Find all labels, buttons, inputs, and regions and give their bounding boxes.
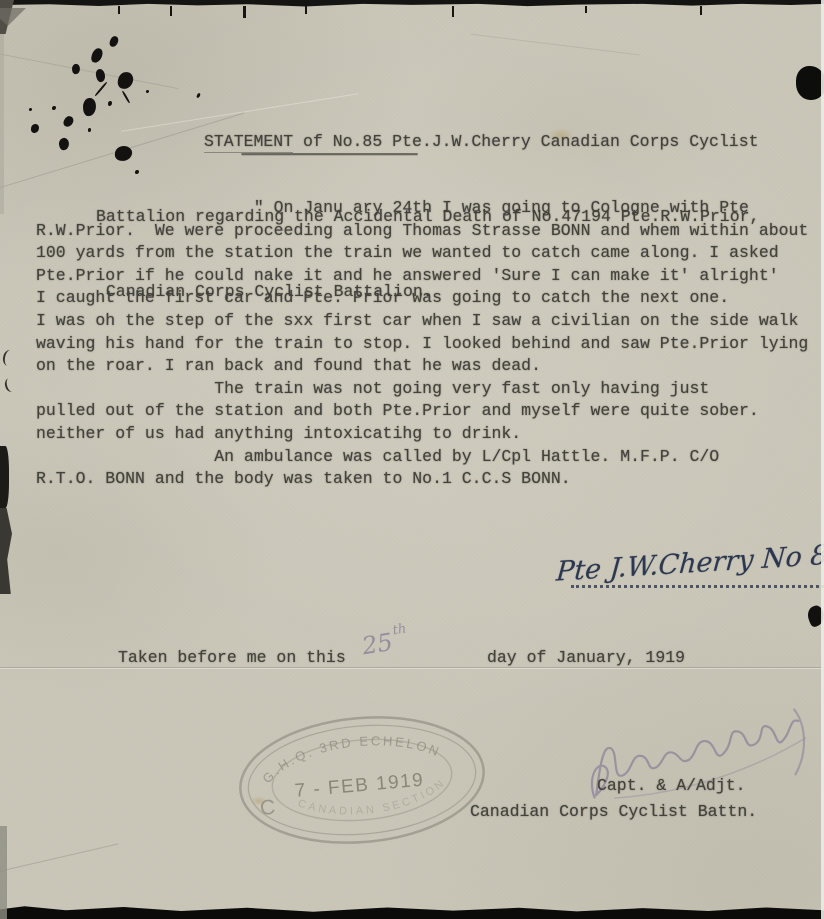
officer-unit: Canadian Corps Cyclist Battn. (470, 802, 757, 821)
date-stamp: G.H.Q. 3RD ECHELON CANADIAN SECTION C 7 … (224, 699, 499, 861)
stamp-office-letter: C (259, 796, 276, 820)
ink-speck (88, 128, 91, 132)
scan-edge-bottom (0, 903, 824, 919)
handwritten-day-suffix: th (392, 621, 408, 638)
attestation-suffix: day of January, 1919 (487, 648, 685, 667)
scan-edge-drip (585, 6, 587, 13)
ink-blot (31, 124, 39, 133)
scan-edge-drip (170, 6, 172, 16)
paper-crease (0, 668, 824, 669)
scan-edge-drip (118, 6, 120, 14)
scan-edge-drip (700, 6, 702, 15)
scan-edge-left-strip (0, 34, 4, 214)
scan-edge-left-patch (0, 446, 9, 508)
ink-speck (29, 108, 32, 111)
witness-signature: Pte J.W.Cherry No 85 (555, 539, 824, 587)
scan-edge-left-patch (0, 508, 12, 594)
handwritten-day: 25th (360, 626, 408, 661)
ink-blot (796, 66, 824, 100)
ink-blot (82, 98, 96, 117)
ink-blot (58, 137, 70, 151)
ink-blot (71, 63, 81, 74)
ink-speck (52, 106, 56, 110)
statement-body: " On Janu ary 24th I was going to Cologn… (36, 197, 808, 491)
officer-signature-tail (784, 709, 810, 775)
officer-rank: Capt. & A/Adjt. (597, 776, 746, 795)
scan-edge-drip (305, 6, 307, 14)
attestation-prefix: Taken before me on this (118, 648, 346, 667)
pen-mark (2, 349, 17, 367)
header-line-1: STATEMENT of No.85 Pte.J.W.Cherry Canadi… (96, 129, 759, 154)
scan-edge-left-strip (0, 826, 7, 919)
document-page: STATEMENT of No.85 Pte.J.W.Cherry Canadi… (0, 0, 824, 919)
ink-blot (90, 47, 104, 64)
scan-edge-drip (452, 6, 454, 17)
handwritten-day-number: 25 (360, 628, 395, 660)
scan-edge-drip (243, 6, 246, 18)
paper-crease (0, 843, 118, 873)
header-dashed-rule: ----------------------------------------… (239, 146, 415, 163)
paper-crease (471, 34, 640, 56)
ink-blot (109, 35, 120, 48)
pen-mark (3, 377, 17, 393)
ink-blot (62, 115, 74, 129)
signature-dotted-line (571, 585, 824, 588)
